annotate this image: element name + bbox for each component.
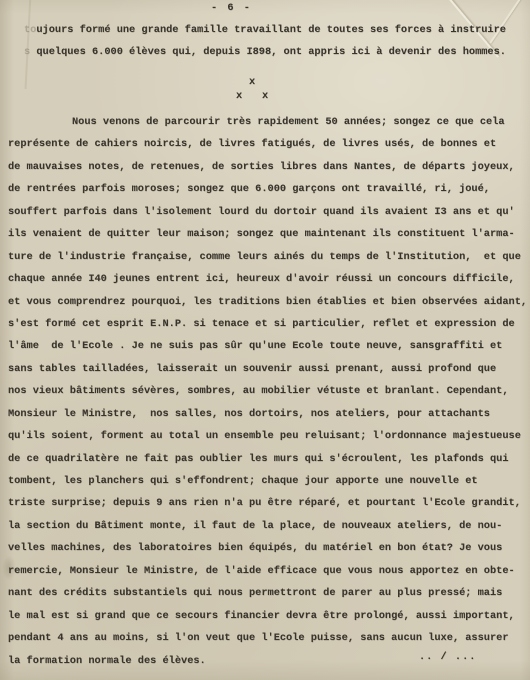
text-line: et vous comprendrez pourquoi, les tradit… [8,291,527,313]
text-line: ils venaient de quitter leur maison; son… [8,223,527,245]
body-paragraph: Nous venons de parcourir très rapidement… [8,111,527,672]
text-line: de mauvaises notes, de retenues, de sort… [8,156,527,178]
text-line: représente de cahiers noircis, de livres… [8,133,527,155]
separator-x: x [262,90,268,102]
text-line: qu'ils soient, forment au total un ensem… [8,425,527,447]
text-line: chaque année I40 jeunes entrent ici, heu… [8,268,527,290]
continuation-mark: .. / ... [419,651,476,663]
separator-x: x [249,76,255,88]
text-line-content: quelques 6.000 élèves qui, depuis I898, … [36,46,506,58]
text-line: ture de l'industrie française, comme leu… [8,246,527,268]
text-line: velles machines, des laboratoires bien é… [8,537,527,559]
text-line: nos vieux bâtiments sévères, sombres, au… [8,380,527,402]
text-line: souffert parfois dans l'isolement lourd … [8,201,527,223]
page-number: - 6 - [211,2,252,14]
ghost-text: to [24,24,36,36]
text-line: toujours formé une grande famille travai… [24,19,506,41]
text-line: triste surprise; depuis 9 ans rien n'a p… [8,492,527,514]
text-line: la section du Bâtiment monte, il faut de… [8,515,527,537]
text-line: Monsieur le Ministre, nos salles, nos do… [8,403,527,425]
text-line: s'est formé cet esprit E.N.P. si tenace … [8,313,527,335]
document-page: - 6 - toujours formé une grande famille … [0,0,530,680]
separator-x: x [236,90,242,102]
text-line: le mal est si grand que ce secours finan… [8,605,527,627]
text-line: de rentrées parfois moroses; songez que … [8,178,527,200]
ghost-text: s [24,46,36,58]
text-line: remercie, Monsieur le Ministre, de l'aid… [8,560,527,582]
text-line: sans tables tailladées, laisserait un so… [8,358,527,380]
text-line: l'âme de l'Ecole . Je ne suis pas sûr qu… [8,335,527,357]
opening-paragraph: toujours formé une grande famille travai… [24,19,506,64]
text-line: nant des crédits substantiels qui nous p… [8,582,527,604]
text-line: s quelques 6.000 élèves qui, depuis I898… [24,41,506,63]
text-line: Nous venons de parcourir très rapidement… [8,111,527,133]
text-line: pendant 4 ans au moins, si l'on veut que… [8,627,527,649]
text-line-content: ujours formé une grande famille travaill… [36,24,506,36]
text-line: tombent, les planchers qui s'effondrent;… [8,470,527,492]
text-line: de ce quadrilatère ne fait pas oublier l… [8,448,527,470]
